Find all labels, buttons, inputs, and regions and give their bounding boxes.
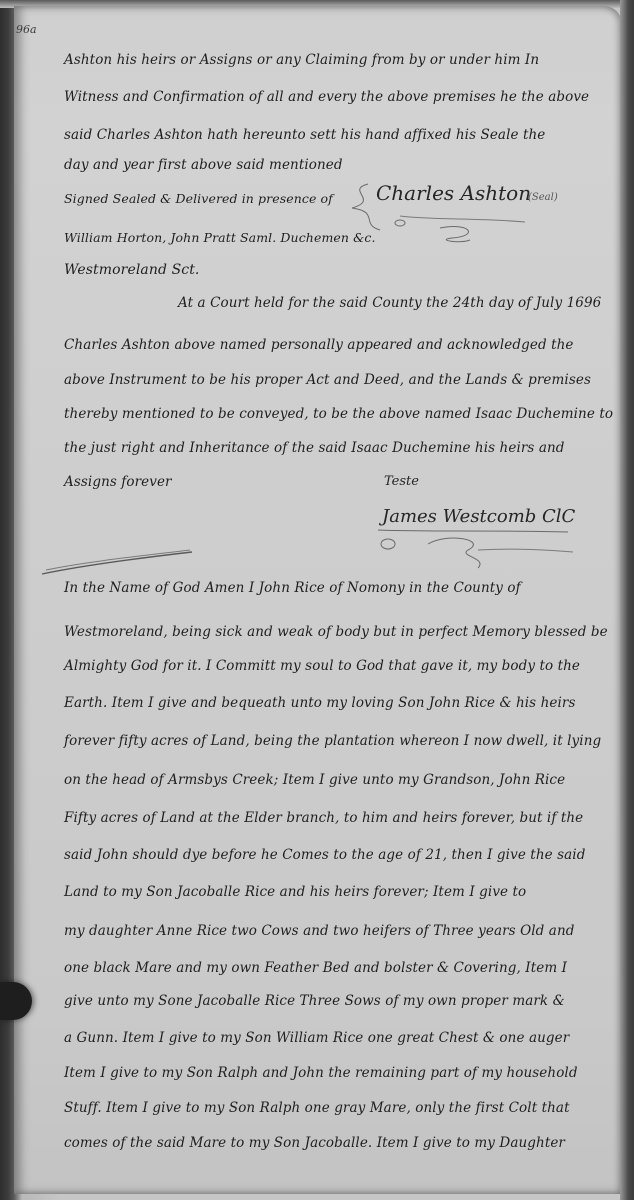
- will-line: Westmoreland, being sick and weak of bod…: [64, 624, 608, 640]
- will-line: Earth. Item I give and bequeath unto my …: [64, 695, 575, 711]
- will-line: my daughter Anne Rice two Cows and two h…: [64, 923, 575, 939]
- folio-number: 96a: [16, 23, 37, 36]
- teste-label: Teste: [384, 474, 419, 489]
- page-right-edge: [620, 0, 634, 1200]
- court-heading: At a Court held for the said County the …: [178, 295, 601, 311]
- witness-names: William Horton, John Pratt Saml. Ducheme…: [64, 230, 376, 245]
- will-line: Land to my Son Jacoballe Rice and his he…: [64, 884, 526, 900]
- deed-line: said Charles Ashton hath hereunto sett h…: [64, 127, 545, 143]
- deed-line: day and year first above said mentioned: [64, 157, 343, 173]
- will-line: Item I give to my Son Ralph and John the…: [64, 1065, 578, 1081]
- will-line: Fifty acres of Land at the Elder branch,…: [64, 810, 583, 826]
- will-line: forever fifty acres of Land, being the p…: [64, 733, 601, 749]
- will-line: comes of the said Mare to my Son Jacobal…: [64, 1135, 565, 1151]
- deed-line: Ashton his heirs or Assigns or any Claim…: [64, 52, 539, 68]
- clerk-signature: James Westcomb ClC: [382, 506, 575, 527]
- will-text: In the Name of God Amen I John Rice of N…: [64, 580, 521, 596]
- will-opening-line: In the Name of God Amen I John Rice of N…: [64, 580, 521, 596]
- scanned-document-frame: 96a Ashton his heirs or Assigns or any C…: [0, 0, 634, 1200]
- section-divider-stroke-icon: [40, 548, 200, 578]
- county-designation: Westmoreland Sct.: [64, 262, 200, 278]
- court-line: above Instrument to be his proper Act an…: [64, 372, 591, 388]
- attestation-clause: Signed Sealed & Delivered in presence of: [64, 191, 333, 206]
- will-line: a Gunn. Item I give to my Son William Ri…: [64, 1030, 569, 1046]
- will-line: give unto my Sone Jacoballe Rice Three S…: [64, 993, 565, 1009]
- will-line: one black Mare and my own Feather Bed an…: [64, 960, 567, 976]
- will-line: Stuff. Item I give to my Son Ralph one g…: [64, 1100, 570, 1116]
- deed-line: Witness and Confirmation of all and ever…: [64, 89, 589, 105]
- will-line: on the head of Armsbys Creek; Item I giv…: [64, 772, 565, 788]
- court-line: thereby mentioned to be conveyed, to be …: [64, 406, 613, 422]
- court-line: Assigns forever: [64, 474, 172, 490]
- will-line: Almighty God for it. I Committ my soul t…: [64, 658, 580, 674]
- will-line: said John should dye before he Comes to …: [64, 847, 585, 863]
- court-line: the just right and Inheritance of the sa…: [64, 440, 565, 456]
- clerk-flourish-icon: [368, 528, 588, 572]
- court-line: Charles Ashton above named personally ap…: [64, 337, 574, 353]
